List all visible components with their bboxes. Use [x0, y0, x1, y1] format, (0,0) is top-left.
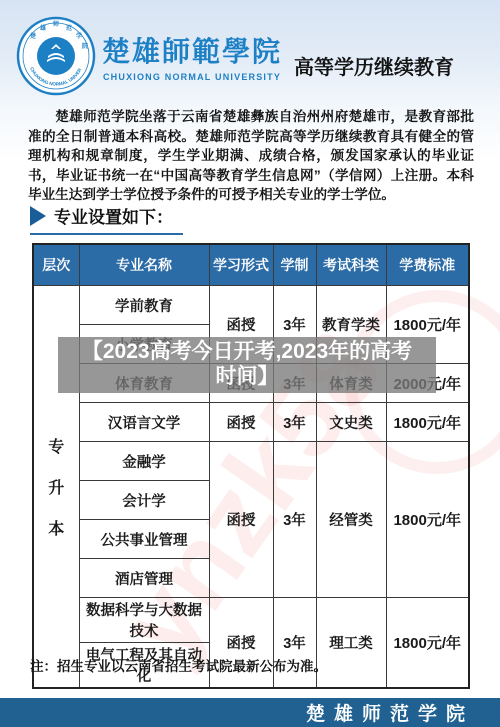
col-header-fee: 学费标准	[386, 244, 469, 286]
majors-table: 层次 专业名称 学习形式 学制 考试科类 学费标准 专 升 本	[32, 243, 470, 689]
level-char: 本	[48, 516, 64, 539]
major-cell: 金融学	[79, 442, 209, 481]
form-cell: 函授	[209, 403, 273, 442]
svg-text:雄: 雄	[40, 24, 46, 32]
major-cell: 数据科学与大数据技术	[79, 598, 209, 643]
col-header-major: 专业名称	[79, 244, 209, 286]
major-cell: 公共事业管理	[79, 520, 209, 559]
svg-text:楚: 楚	[30, 32, 36, 40]
svg-text:范: 范	[66, 24, 72, 32]
fee-cell: 1800元/年	[386, 403, 469, 442]
level-char: 专	[48, 434, 64, 457]
section-title: 专业设置如下：	[54, 203, 173, 228]
poster-page: 楚雄师 范学院 CHUXIONG NORMAL UNIVERSITY 楚雄師範學…	[0, 0, 500, 727]
intro-paragraph: 楚雄师范学院坐落于云南省楚雄彝族自治州州府楚雄市，是教育部批准的全日制普通本科高…	[28, 107, 474, 205]
col-header-duration: 学制	[273, 244, 316, 286]
svg-text:师: 师	[53, 20, 59, 28]
table-row: 数据科学与大数据技术 函授 3年 理工类 1800元/年	[33, 598, 469, 643]
major-cell: 酒店管理	[79, 559, 209, 598]
category-cell: 经管类	[316, 442, 386, 598]
col-header-form: 学习形式	[209, 244, 273, 286]
headline-line2: 时间】	[58, 364, 436, 389]
table-row: 金融学 函授 3年 经管类 1800元/年	[33, 442, 469, 481]
section-heading: 专业设置如下：	[30, 203, 183, 235]
university-name-block: 楚雄師範學院 CHUXIONG NORMAL UNIVERSITY	[102, 30, 282, 82]
major-cell: 汉语言文学	[79, 403, 209, 442]
footer-university-name: 楚雄师范学院	[306, 699, 474, 726]
level-char: 升	[48, 475, 64, 498]
table-row: 专 升 本 学前教育 函授 3年 教育学类 1800元/年	[33, 286, 469, 325]
form-cell: 函授	[209, 442, 273, 598]
university-name-zh: 楚雄師範學院	[102, 30, 282, 70]
svg-text:院: 院	[82, 42, 88, 50]
program-title: 高等学历继续教育	[294, 33, 454, 80]
arrow-right-icon	[30, 206, 46, 226]
table-row: 汉语言文学 函授 3年 文史类 1800元/年	[33, 403, 469, 442]
svg-text:学: 学	[76, 32, 82, 40]
category-cell: 文史类	[316, 403, 386, 442]
footer-bar: 楚雄师范学院	[0, 698, 500, 727]
majors-table-wrap: 层次 专业名称 学习形式 学制 考试科类 学费标准 专 升 本	[32, 243, 468, 689]
headline-line1: 【2023高考今日开考,2023年的高考	[58, 339, 436, 364]
col-header-category: 考试科类	[316, 244, 386, 286]
note-text: 注：招生专业以云南省招生考试院最新公布为准。	[30, 655, 327, 675]
major-cell: 学前教育	[79, 286, 209, 325]
headline-overlay: 【2023高考今日开考,2023年的高考 时间】	[58, 337, 436, 393]
col-header-level: 层次	[33, 244, 79, 286]
header: 楚雄师 范学院 CHUXIONG NORMAL UNIVERSITY 楚雄師範學…	[16, 14, 490, 98]
major-cell: 会计学	[79, 481, 209, 520]
duration-cell: 3年	[273, 442, 316, 598]
table-header-row: 层次 专业名称 学习形式 学制 考试科类 学费标准	[33, 244, 469, 286]
fee-cell: 1800元/年	[386, 598, 469, 689]
university-seal-logo: 楚雄师 范学院 CHUXIONG NORMAL UNIVERSITY	[16, 16, 96, 96]
fee-cell: 1800元/年	[386, 442, 469, 598]
duration-cell: 3年	[273, 403, 316, 442]
university-name-en: CHUXIONG NORMAL UNIVERSITY	[103, 72, 281, 82]
